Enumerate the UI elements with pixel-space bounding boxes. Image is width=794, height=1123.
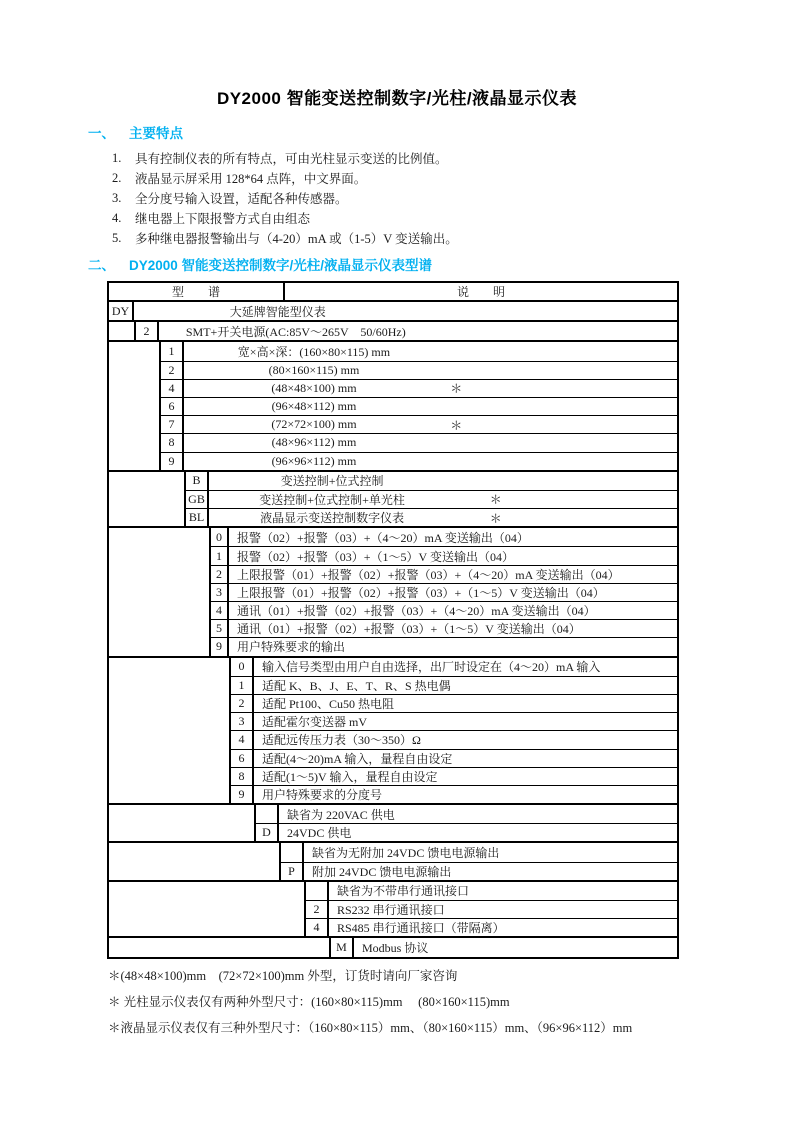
model-desc-cell: (72×72×100) mm＊ bbox=[184, 416, 677, 433]
table-row: 5通讯（01）+报警（02）+报警（03）+（1～5）V 变送输出（04） bbox=[209, 619, 677, 637]
model-code-cell: 9 bbox=[159, 453, 184, 470]
model-desc-text: 液晶显示变送控制数字仪表 bbox=[260, 509, 404, 526]
list-item-number: 3. bbox=[112, 191, 135, 206]
model-code-cell: 4 bbox=[229, 731, 254, 748]
model-desc-cell: 报警（02）+报警（03）+（4～20）mA 变送输出（04） bbox=[229, 528, 677, 546]
table-row: 6(96×48×112) mm bbox=[159, 397, 677, 415]
model-desc-cell: 缺省为 220VAC 供电 bbox=[279, 805, 677, 823]
model-desc-text: RS232 串行通讯接口 bbox=[337, 901, 445, 918]
table-indent-cell bbox=[109, 843, 279, 879]
table-row: 2上限报警（01）+报警（02）+报警（03）+（4～20）mA 变送输出（04… bbox=[209, 565, 677, 583]
model-desc-cell: (48×96×112) mm bbox=[184, 434, 677, 451]
list-item: 4.继电器上下限报警方式自由组态 bbox=[112, 208, 794, 228]
model-desc-cell: Modbus 协议 bbox=[354, 938, 677, 956]
model-code-cell: 1 bbox=[209, 547, 229, 564]
table-row: 9用户特殊要求的分度号 bbox=[229, 785, 677, 803]
table-group-comm-port: 缺省为不带串行通讯接口2RS232 串行通讯接口4RS485 串行通讯接口（带隔… bbox=[109, 880, 677, 937]
section1-number: 一、 bbox=[88, 126, 115, 142]
section2-number: 二、 bbox=[88, 258, 115, 274]
model-desc-text: 适配 Pt100、Cu50 热电阻 bbox=[262, 695, 394, 712]
model-code-cell: 2 bbox=[229, 695, 254, 712]
model-desc-text: SMT+开关电源(AC:85V～265V 50/60Hz) bbox=[186, 323, 406, 340]
model-code-cell: GB bbox=[184, 491, 209, 508]
list-item-text: 具有控制仪表的所有特点，可由光柱显示变送的比例值。 bbox=[135, 149, 448, 167]
model-desc-cell: 适配(4～20)mA 输入，量程自由设定 bbox=[254, 750, 677, 767]
list-item-text: 液晶显示屏采用 128*64 点阵，中文界面。 bbox=[135, 169, 366, 187]
model-code-cell: D bbox=[254, 824, 279, 841]
table-row: P附加 24VDC 馈电电源输出 bbox=[279, 862, 677, 880]
list-item: 3.全分度号输入设置，适配各种传感器。 bbox=[112, 188, 794, 208]
section2-heading: 二、DY2000 智能变送控制数字/光柱/液晶显示仪表型谱 bbox=[88, 258, 794, 274]
model-code-cell: 6 bbox=[229, 750, 254, 767]
section2-title: DY2000 智能变送控制数字/光柱/液晶显示仪表型谱 bbox=[129, 258, 432, 274]
model-code-cell: 4 bbox=[209, 602, 229, 619]
model-desc-cell: 适配霍尔变送器 mV bbox=[254, 713, 677, 730]
table-row: 2(80×160×115) mm bbox=[159, 361, 677, 379]
table-group-rows: B变送控制+位式控制GB变送控制+位式控制+单光柱＊BL液晶显示变送控制数字仪表… bbox=[184, 472, 677, 527]
footnotes: ＊(48×48×100)mm (72×72×100)mm 外型，订货时请向厂家咨… bbox=[108, 962, 794, 1040]
model-code-cell: P bbox=[279, 863, 304, 880]
model-code-cell: 2 bbox=[304, 901, 329, 918]
table-row: GB变送控制+位式控制+单光柱＊ bbox=[184, 490, 677, 508]
table-row: B变送控制+位式控制 bbox=[184, 472, 677, 490]
asterisk-mark: ＊ bbox=[490, 509, 502, 526]
model-desc-text: 通讯（01）+报警（02）+报警（03）+（4～20）mA 变送输出（04） bbox=[237, 602, 596, 619]
model-code-cell: 0 bbox=[229, 658, 254, 676]
feature-list: 1.具有控制仪表的所有特点，可由光柱显示变送的比例值。2.液晶显示屏采用 128… bbox=[112, 148, 794, 248]
table-indent-cell bbox=[109, 938, 329, 956]
list-item: 5.多种继电器报警输出与（4-20）mA 或（1-5）V 变送输出。 bbox=[112, 228, 794, 248]
list-item: 1.具有控制仪表的所有特点，可由光柱显示变送的比例值。 bbox=[112, 148, 794, 168]
model-desc-cell: 大延牌智能型仪表 bbox=[134, 302, 677, 320]
model-desc-cell: 上限报警（01）+报警（02）+报警（03）+（1～5）V 变送输出（04） bbox=[229, 584, 677, 601]
table-indent-cell bbox=[109, 322, 134, 340]
model-desc-text: 用户特殊要求的分度号 bbox=[262, 786, 382, 803]
model-desc-text: 通讯（01）+报警（02）+报警（03）+（1～5）V 变送输出（04） bbox=[237, 620, 581, 637]
model-code-cell: 0 bbox=[209, 528, 229, 546]
table-row: 4(48×48×100) mm＊ bbox=[159, 379, 677, 397]
table-group-feed-power: 缺省为无附加 24VDC 馈电电源输出P附加 24VDC 馈电电源输出 bbox=[109, 841, 677, 879]
table-row: 缺省为无附加 24VDC 馈电电源输出 bbox=[279, 843, 677, 861]
model-desc-text: RS485 串行通讯接口（带隔离） bbox=[337, 919, 505, 936]
document-title: DY2000 智能变送控制数字/光柱/液晶显示仪表 bbox=[0, 0, 794, 109]
model-desc-text: 报警（02）+报警（03）+（1～5）V 变送输出（04） bbox=[237, 548, 514, 565]
model-desc-text: 适配(1～5)V 输入，量程自由设定 bbox=[262, 768, 437, 785]
model-desc-cell: 上限报警（01）+报警（02）+报警（03）+（4～20）mA 变送输出（04） bbox=[229, 566, 677, 583]
model-desc-cell: 附加 24VDC 馈电电源输出 bbox=[304, 863, 677, 880]
model-code-cell: 8 bbox=[229, 768, 254, 785]
table-group-rows: 0输入信号类型由用户自由选择，出厂时设定在（4～20）mA 输入1适配 K、B、… bbox=[229, 658, 677, 804]
model-desc-cell: RS232 串行通讯接口 bbox=[329, 901, 677, 918]
model-desc-cell: 通讯（01）+报警（02）+报警（03）+（4～20）mA 变送输出（04） bbox=[229, 602, 677, 619]
model-desc-cell: (80×160×115) mm bbox=[184, 362, 677, 379]
table-group-protocol: MModbus 协议 bbox=[109, 936, 677, 956]
model-desc-cell: (96×96×112) mm bbox=[184, 453, 677, 470]
model-code-cell: 8 bbox=[159, 434, 184, 451]
model-code-cell bbox=[279, 843, 304, 861]
model-desc-text: 缺省为无附加 24VDC 馈电电源输出 bbox=[312, 844, 499, 861]
model-desc-cell: 变送控制+位式控制 bbox=[209, 472, 677, 490]
list-item-text: 多种继电器报警输出与（4-20）mA 或（1-5）V 变送输出。 bbox=[135, 229, 458, 247]
model-desc-text: 上限报警（01）+报警（02）+报警（03）+（1～5）V 变送输出（04） bbox=[237, 584, 605, 601]
table-group-input: 0输入信号类型由用户自由选择，出厂时设定在（4～20）mA 输入1适配 K、B、… bbox=[109, 656, 677, 804]
table-header-desc: 说 明 bbox=[285, 283, 677, 300]
model-code-cell: 1 bbox=[229, 677, 254, 694]
table-group-rows: 缺省为 220VAC 供电D24VDC 供电 bbox=[254, 805, 677, 841]
model-desc-cell: 用户特殊要求的分度号 bbox=[254, 786, 677, 803]
model-desc-text: 24VDC 供电 bbox=[287, 824, 351, 841]
list-item-number: 1. bbox=[112, 151, 135, 166]
table-row: MModbus 协议 bbox=[329, 938, 677, 956]
model-desc-cell: 报警（02）+报警（03）+（1～5）V 变送输出（04） bbox=[229, 547, 677, 564]
table-group-supply: 缺省为 220VAC 供电D24VDC 供电 bbox=[109, 803, 677, 841]
section1-heading: 一、主要特点 bbox=[88, 126, 794, 142]
table-group-power-module: 2SMT+开关电源(AC:85V～265V 50/60Hz) bbox=[109, 320, 677, 340]
table-group-rows: 1宽×高×深：(160×80×115) mm2(80×160×115) mm4(… bbox=[159, 342, 677, 469]
model-desc-text: 上限报警（01）+报警（02）+报警（03）+（4～20）mA 变送输出（04） bbox=[237, 566, 620, 583]
table-indent-cell bbox=[109, 472, 184, 527]
model-desc-text: 报警（02）+报警（03）+（4～20）mA 变送输出（04） bbox=[237, 529, 529, 546]
model-desc-text: 变送控制+位式控制 bbox=[281, 472, 384, 489]
model-code-cell: B bbox=[184, 472, 209, 490]
table-row: BL液晶显示变送控制数字仪表＊ bbox=[184, 508, 677, 526]
model-desc-text: 用户特殊要求的输出 bbox=[237, 638, 345, 655]
document-page: DY2000 智能变送控制数字/光柱/液晶显示仪表 一、主要特点 1.具有控制仪… bbox=[0, 0, 794, 1123]
model-desc-text: 大延牌智能型仪表 bbox=[230, 303, 326, 320]
model-desc-text: (48×96×112) mm bbox=[272, 435, 357, 450]
model-desc-text: Modbus 协议 bbox=[362, 939, 428, 956]
model-desc-cell: 通讯（01）+报警（02）+报警（03）+（1～5）V 变送输出（04） bbox=[229, 620, 677, 637]
model-code-cell: 2 bbox=[209, 566, 229, 583]
model-desc-cell: 24VDC 供电 bbox=[279, 824, 677, 841]
model-desc-text: 缺省为不带串行通讯接口 bbox=[337, 882, 469, 899]
model-desc-cell: 缺省为不带串行通讯接口 bbox=[329, 882, 677, 900]
model-code-cell: 9 bbox=[229, 786, 254, 803]
asterisk-mark: ＊ bbox=[450, 380, 462, 397]
table-row: 4RS485 串行通讯接口（带隔离） bbox=[304, 918, 677, 936]
model-code-cell: 5 bbox=[209, 620, 229, 637]
footnote-line: ＊(48×48×100)mm (72×72×100)mm 外型，订货时请向厂家咨… bbox=[108, 962, 794, 988]
model-desc-text: 宽×高×深：(160×80×115) mm bbox=[238, 343, 390, 360]
table-row: 2适配 Pt100、Cu50 热电阻 bbox=[229, 694, 677, 712]
list-item-number: 5. bbox=[112, 231, 135, 246]
model-desc-cell: 宽×高×深：(160×80×115) mm bbox=[184, 342, 677, 360]
table-group-rows: 2SMT+开关电源(AC:85V～265V 50/60Hz) bbox=[134, 322, 677, 340]
asterisk-mark: ＊ bbox=[450, 416, 462, 433]
table-row: 7(72×72×100) mm＊ bbox=[159, 415, 677, 433]
table-row: 2RS232 串行通讯接口 bbox=[304, 900, 677, 918]
model-desc-text: (80×160×115) mm bbox=[269, 363, 360, 378]
table-row: 8(48×96×112) mm bbox=[159, 433, 677, 451]
table-header-row: 型 谱 说 明 bbox=[109, 283, 677, 300]
model-desc-cell: 用户特殊要求的输出 bbox=[229, 638, 677, 655]
table-group-display-type: B变送控制+位式控制GB变送控制+位式控制+单光柱＊BL液晶显示变送控制数字仪表… bbox=[109, 470, 677, 527]
model-code-cell: 3 bbox=[209, 584, 229, 601]
model-code-cell: DY bbox=[109, 302, 134, 320]
model-desc-text: (72×72×100) mm bbox=[271, 417, 356, 432]
model-desc-cell: RS485 串行通讯接口（带隔离） bbox=[329, 919, 677, 936]
model-desc-cell: (48×48×100) mm＊ bbox=[184, 380, 677, 397]
model-desc-text: 适配 K、B、J、E、T、R、S 热电偶 bbox=[262, 677, 451, 694]
model-desc-text: 适配霍尔变送器 mV bbox=[262, 713, 367, 730]
model-spectrum-table: 型 谱 说 明 DY大延牌智能型仪表2SMT+开关电源(AC:85V～265V … bbox=[107, 281, 679, 959]
model-desc-cell: 液晶显示变送控制数字仪表＊ bbox=[209, 509, 677, 526]
list-item-text: 全分度号输入设置，适配各种传感器。 bbox=[135, 189, 348, 207]
footnote-line: ＊ 光柱显示仪表仅有两种外型尺寸：(160×80×115)mm (80×160×… bbox=[108, 988, 794, 1014]
table-row: 3上限报警（01）+报警（02）+报警（03）+（1～5）V 变送输出（04） bbox=[209, 583, 677, 601]
table-group-rows: DY大延牌智能型仪表 bbox=[109, 302, 677, 320]
model-desc-text: 缺省为 220VAC 供电 bbox=[287, 806, 395, 823]
model-desc-cell: 变送控制+位式控制+单光柱＊ bbox=[209, 491, 677, 508]
model-code-cell: 9 bbox=[209, 638, 229, 655]
model-desc-cell: 适配(1～5)V 输入，量程自由设定 bbox=[254, 768, 677, 785]
table-row: 1宽×高×深：(160×80×115) mm bbox=[159, 342, 677, 360]
table-indent-cell bbox=[109, 528, 209, 655]
model-desc-text: (96×48×112) mm bbox=[272, 399, 357, 414]
model-desc-cell: 适配远传压力表（30～350）Ω bbox=[254, 731, 677, 748]
list-item: 2.液晶显示屏采用 128*64 点阵，中文界面。 bbox=[112, 168, 794, 188]
table-row: 0报警（02）+报警（03）+（4～20）mA 变送输出（04） bbox=[209, 528, 677, 546]
model-desc-cell: 缺省为无附加 24VDC 馈电电源输出 bbox=[304, 843, 677, 861]
table-group-output: 0报警（02）+报警（03）+（4～20）mA 变送输出（04）1报警（02）+… bbox=[109, 526, 677, 655]
table-group-rows: 缺省为无附加 24VDC 馈电电源输出P附加 24VDC 馈电电源输出 bbox=[279, 843, 677, 879]
table-group-rows: 缺省为不带串行通讯接口2RS232 串行通讯接口4RS485 串行通讯接口（带隔… bbox=[304, 882, 677, 937]
model-desc-text: 变送控制+位式控制+单光柱 bbox=[259, 491, 405, 508]
model-desc-text: 输入信号类型由用户自由选择，出厂时设定在（4～20）mA 输入 bbox=[262, 658, 600, 675]
table-row: 0输入信号类型由用户自由选择，出厂时设定在（4～20）mA 输入 bbox=[229, 658, 677, 676]
list-item-number: 2. bbox=[112, 171, 135, 186]
footnote-line: ＊液晶显示仪表仅有三种外型尺寸：（160×80×115）mm、（80×160×1… bbox=[108, 1014, 794, 1040]
model-code-cell: M bbox=[329, 938, 354, 956]
asterisk-mark: ＊ bbox=[490, 491, 502, 508]
model-desc-cell: 适配 K、B、J、E、T、R、S 热电偶 bbox=[254, 677, 677, 694]
list-item-number: 4. bbox=[112, 211, 135, 226]
table-indent-cell bbox=[109, 882, 304, 937]
table-row: 4通讯（01）+报警（02）+报警（03）+（4～20）mA 变送输出（04） bbox=[209, 601, 677, 619]
model-code-cell bbox=[304, 882, 329, 900]
model-desc-cell: (96×48×112) mm bbox=[184, 398, 677, 415]
model-desc-text: (48×48×100) mm bbox=[271, 381, 356, 396]
table-row: 6适配(4～20)mA 输入，量程自由设定 bbox=[229, 749, 677, 767]
model-desc-text: 附加 24VDC 馈电电源输出 bbox=[312, 863, 451, 880]
table-header-spec: 型 谱 bbox=[109, 283, 285, 300]
model-code-cell: 1 bbox=[159, 342, 184, 360]
model-desc-cell: 输入信号类型由用户自由选择，出厂时设定在（4～20）mA 输入 bbox=[254, 658, 677, 676]
table-row: 8适配(1～5)V 输入，量程自由设定 bbox=[229, 767, 677, 785]
table-group-rows: MModbus 协议 bbox=[329, 938, 677, 956]
model-desc-cell: SMT+开关电源(AC:85V～265V 50/60Hz) bbox=[159, 322, 677, 340]
table-group-rows: 0报警（02）+报警（03）+（4～20）mA 变送输出（04）1报警（02）+… bbox=[209, 528, 677, 655]
model-code-cell bbox=[254, 805, 279, 823]
model-desc-text: 适配远传压力表（30～350）Ω bbox=[262, 731, 421, 748]
model-code-cell: 2 bbox=[134, 322, 159, 340]
table-indent-cell bbox=[109, 342, 159, 469]
table-row: 1报警（02）+报警（03）+（1～5）V 变送输出（04） bbox=[209, 546, 677, 564]
table-row: 缺省为 220VAC 供电 bbox=[254, 805, 677, 823]
table-row: 3适配霍尔变送器 mV bbox=[229, 712, 677, 730]
table-row: 9用户特殊要求的输出 bbox=[209, 637, 677, 655]
model-desc-text: 适配(4～20)mA 输入，量程自由设定 bbox=[262, 750, 452, 767]
table-row: 9(96×96×112) mm bbox=[159, 452, 677, 470]
model-code-cell: 4 bbox=[159, 380, 184, 397]
table-row: 1适配 K、B、J、E、T、R、S 热电偶 bbox=[229, 676, 677, 694]
table-row: DY大延牌智能型仪表 bbox=[109, 302, 677, 320]
model-code-cell: 4 bbox=[304, 919, 329, 936]
model-code-cell: 2 bbox=[159, 362, 184, 379]
list-item-text: 继电器上下限报警方式自由组态 bbox=[135, 209, 310, 227]
model-code-cell: 3 bbox=[229, 713, 254, 730]
model-code-cell: 7 bbox=[159, 416, 184, 433]
section1-title: 主要特点 bbox=[129, 126, 183, 142]
model-desc-text: (96×96×112) mm bbox=[272, 454, 357, 469]
table-indent-cell bbox=[109, 805, 254, 841]
model-code-cell: BL bbox=[184, 509, 209, 526]
table-row: 4适配远传压力表（30～350）Ω bbox=[229, 730, 677, 748]
table-group-size: 1宽×高×深：(160×80×115) mm2(80×160×115) mm4(… bbox=[109, 340, 677, 469]
model-code-cell: 6 bbox=[159, 398, 184, 415]
model-desc-cell: 适配 Pt100、Cu50 热电阻 bbox=[254, 695, 677, 712]
table-indent-cell bbox=[109, 658, 229, 804]
table-row: 2SMT+开关电源(AC:85V～265V 50/60Hz) bbox=[134, 322, 677, 340]
table-group-brand: DY大延牌智能型仪表 bbox=[109, 300, 677, 320]
table-row: 缺省为不带串行通讯接口 bbox=[304, 882, 677, 900]
table-row: D24VDC 供电 bbox=[254, 823, 677, 841]
table-body: DY大延牌智能型仪表2SMT+开关电源(AC:85V～265V 50/60Hz)… bbox=[109, 300, 677, 957]
